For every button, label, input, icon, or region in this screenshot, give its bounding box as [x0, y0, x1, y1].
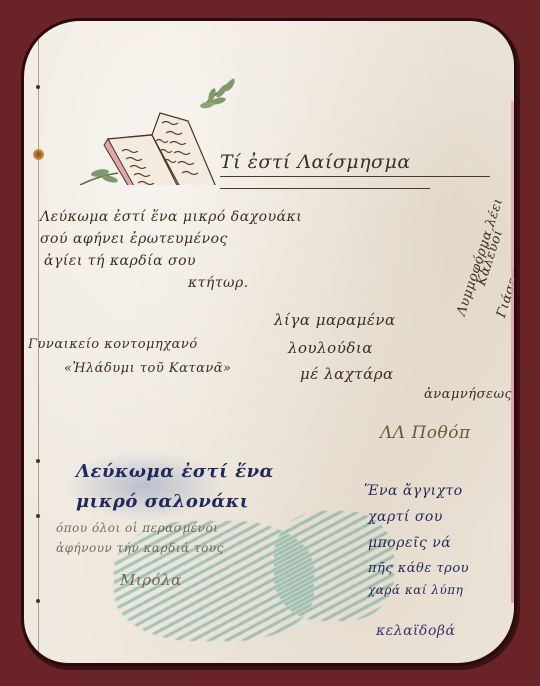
page-title: Τί ἐστί Λαίσμησμα — [220, 151, 411, 173]
title-underline — [220, 176, 490, 177]
entry-line: σού αφήνει ἐρωτευμένος — [40, 231, 228, 247]
entry-line: λουλούδια — [288, 339, 373, 357]
entry-line: «Ἠλάδυμι τοῦ Κατανᾶ» — [64, 361, 232, 376]
entry-line: Γυναικείο κοντομηχανό — [28, 337, 198, 352]
entry-line: πῆς κάθε τρου — [368, 561, 469, 576]
entry-signature: Μιρόλα — [120, 571, 182, 589]
entry-signature: ἀναμνήσεως. — [424, 387, 514, 402]
entry-signature: κτήτωρ. — [188, 275, 249, 291]
entry-line: Λεύκωμα ἐστί ἕνα — [76, 461, 274, 482]
entry-line: Λεύκωμα ἐστί ἕνα μικρό δαχουάκι — [40, 209, 302, 225]
margin-dot — [36, 599, 40, 603]
open-book-with-olive-branch-icon — [52, 75, 242, 185]
entry-signature: κελαϊδοβά — [376, 623, 455, 639]
entry-line: λίγα μαραμένα — [274, 311, 396, 329]
margin-dot — [36, 514, 40, 518]
entry-signature: ΛΛ Ποθόπ — [380, 423, 471, 443]
title-underline — [220, 188, 430, 189]
entry-line: ἀγίει τή καρδία σου — [44, 253, 196, 269]
margin-dot — [36, 459, 40, 463]
binder-hole — [33, 149, 44, 160]
margin-note: Γιάσεφη — [494, 259, 514, 320]
entry-line: χαρά καί λύπη — [368, 583, 463, 597]
entry-line: μπορεῖς νά — [368, 535, 451, 551]
entry-line: μέ λαχτάρα — [300, 365, 394, 383]
notebook-page: Τί ἐστί Λαίσμησμα Λεύκωμα ἐστί ἕνα μικρό… — [24, 21, 514, 663]
entry-line: Ἕνα ἄγγιχτο — [364, 483, 463, 499]
entry-line: όπου όλοι οἱ περασμένοι — [56, 521, 218, 535]
entry-line: μικρό σαλονάκι — [76, 491, 249, 512]
entry-line: ἀφήνουν τήν καρδιά τους — [56, 541, 224, 555]
margin-dot — [36, 85, 40, 89]
entry-line: χαρτί σου — [368, 509, 443, 525]
